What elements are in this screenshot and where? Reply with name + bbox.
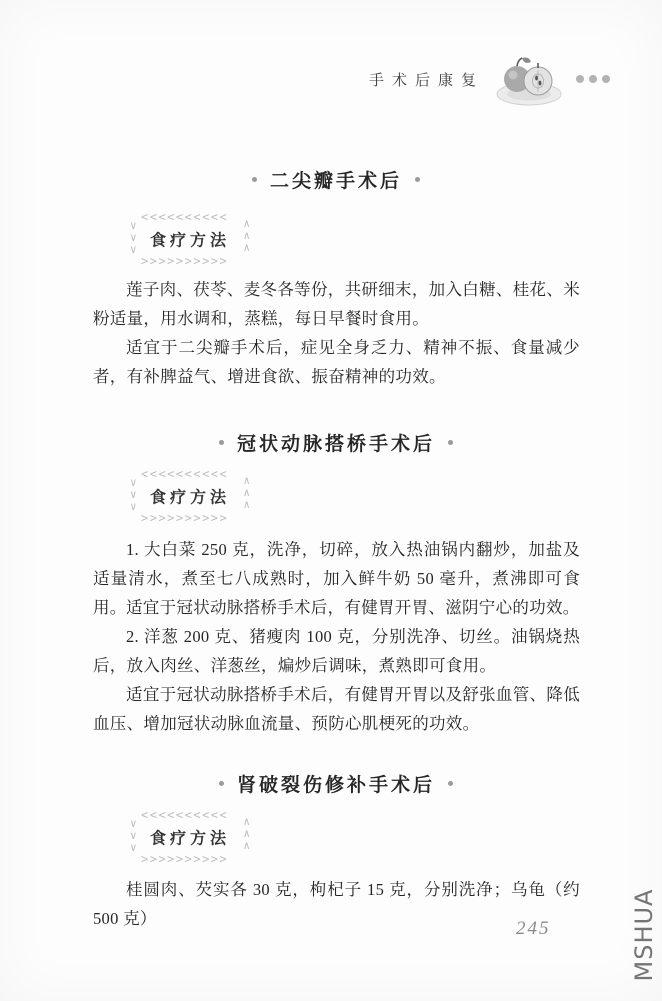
section-title-text: 肾破裂伤修补手术后	[237, 770, 435, 797]
paragraph: 适宜于冠状动脉搭桥手术后，有健胃开胃以及舒张血管、降低血压、增加冠状动脉血流量、…	[93, 680, 580, 738]
dots-icon	[576, 75, 610, 83]
chevron-border-top-icon: <<<<<<<<<<	[141, 210, 243, 224]
section-title: 二尖瓣手术后	[93, 166, 579, 193]
chevron-border-top-icon: <<<<<<<<<<	[141, 467, 243, 481]
chevron-border-left-icon: ∨ ∨ ∨	[130, 220, 137, 256]
dot-icon	[589, 75, 597, 83]
chevron-border-top-icon: <<<<<<<<<<	[141, 808, 243, 822]
dot-icon	[576, 75, 584, 83]
dot-icon	[602, 75, 610, 83]
chevron-border-left-icon: ∨ ∨ ∨	[130, 818, 137, 854]
title-dot-icon	[219, 440, 224, 445]
diet-method-badge: <<<<<<<<<< >>>>>>>>>> ∨ ∨ ∨ ∧ ∧ ∧ 食疗方法	[131, 214, 249, 264]
book-page: 手术后康复 二尖瓣手术后 <<<<<<<<<< >>>>>>>>>>	[0, 0, 662, 1001]
side-watermark: MSHUA	[630, 879, 656, 991]
paragraph: 桂圆肉、芡实各 30 克，枸杞子 15 克，分别洗净；乌龟（约 500 克）	[93, 875, 580, 933]
paragraph: 适宜于二尖瓣手术后，症见全身乏力、精神不振、食量减少者，有补脾益气、增进食欲、振…	[93, 333, 580, 391]
page-number: 245	[516, 918, 551, 940]
page-header: 手术后康复	[369, 50, 610, 108]
apple-plate-image	[493, 50, 565, 108]
diet-method-badge: <<<<<<<<<< >>>>>>>>>> ∨ ∨ ∨ ∧ ∧ ∧ 食疗方法	[131, 471, 249, 521]
section-title: 肾破裂伤修补手术后	[93, 770, 579, 797]
paragraph: 2. 洋葱 200 克、猪瘦肉 100 克，分别洗净、切丝。油锅烧热后，放入肉丝…	[93, 622, 580, 680]
chevron-border-right-icon: ∧ ∧ ∧	[243, 816, 250, 852]
title-dot-icon	[252, 177, 257, 182]
chevron-border-left-icon: ∨ ∨ ∨	[130, 477, 137, 513]
diet-method-badge: <<<<<<<<<< >>>>>>>>>> ∨ ∨ ∨ ∧ ∧ ∧ 食疗方法	[131, 812, 249, 862]
chevron-border-right-icon: ∧ ∧ ∧	[243, 475, 250, 511]
chevron-border-bottom-icon: >>>>>>>>>>	[141, 511, 243, 525]
chapter-header-label: 手术后康复	[369, 69, 484, 90]
title-dot-icon	[448, 781, 453, 786]
chevron-border-bottom-icon: >>>>>>>>>>	[141, 852, 243, 866]
diet-method-label: 食疗方法	[145, 826, 235, 849]
section-title-text: 冠状动脉搭桥手术后	[237, 429, 435, 456]
title-dot-icon	[415, 177, 420, 182]
title-dot-icon	[219, 781, 224, 786]
section-title-text: 二尖瓣手术后	[270, 166, 402, 193]
section-title: 冠状动脉搭桥手术后	[93, 429, 579, 456]
paragraph: 莲子肉、茯苓、麦冬各等份，共研细末，加入白糖、桂花、米粉适量，用水调和，蒸糕，每…	[93, 275, 580, 333]
chevron-border-right-icon: ∧ ∧ ∧	[243, 218, 250, 254]
diet-method-label: 食疗方法	[145, 485, 235, 508]
diet-method-label: 食疗方法	[145, 228, 235, 251]
paragraph: 适宜于冠状动脉搭桥手术后，有健胃开胃、滋阴宁心的功效。	[93, 593, 580, 622]
chevron-border-bottom-icon: >>>>>>>>>>	[141, 254, 243, 268]
title-dot-icon	[448, 440, 453, 445]
